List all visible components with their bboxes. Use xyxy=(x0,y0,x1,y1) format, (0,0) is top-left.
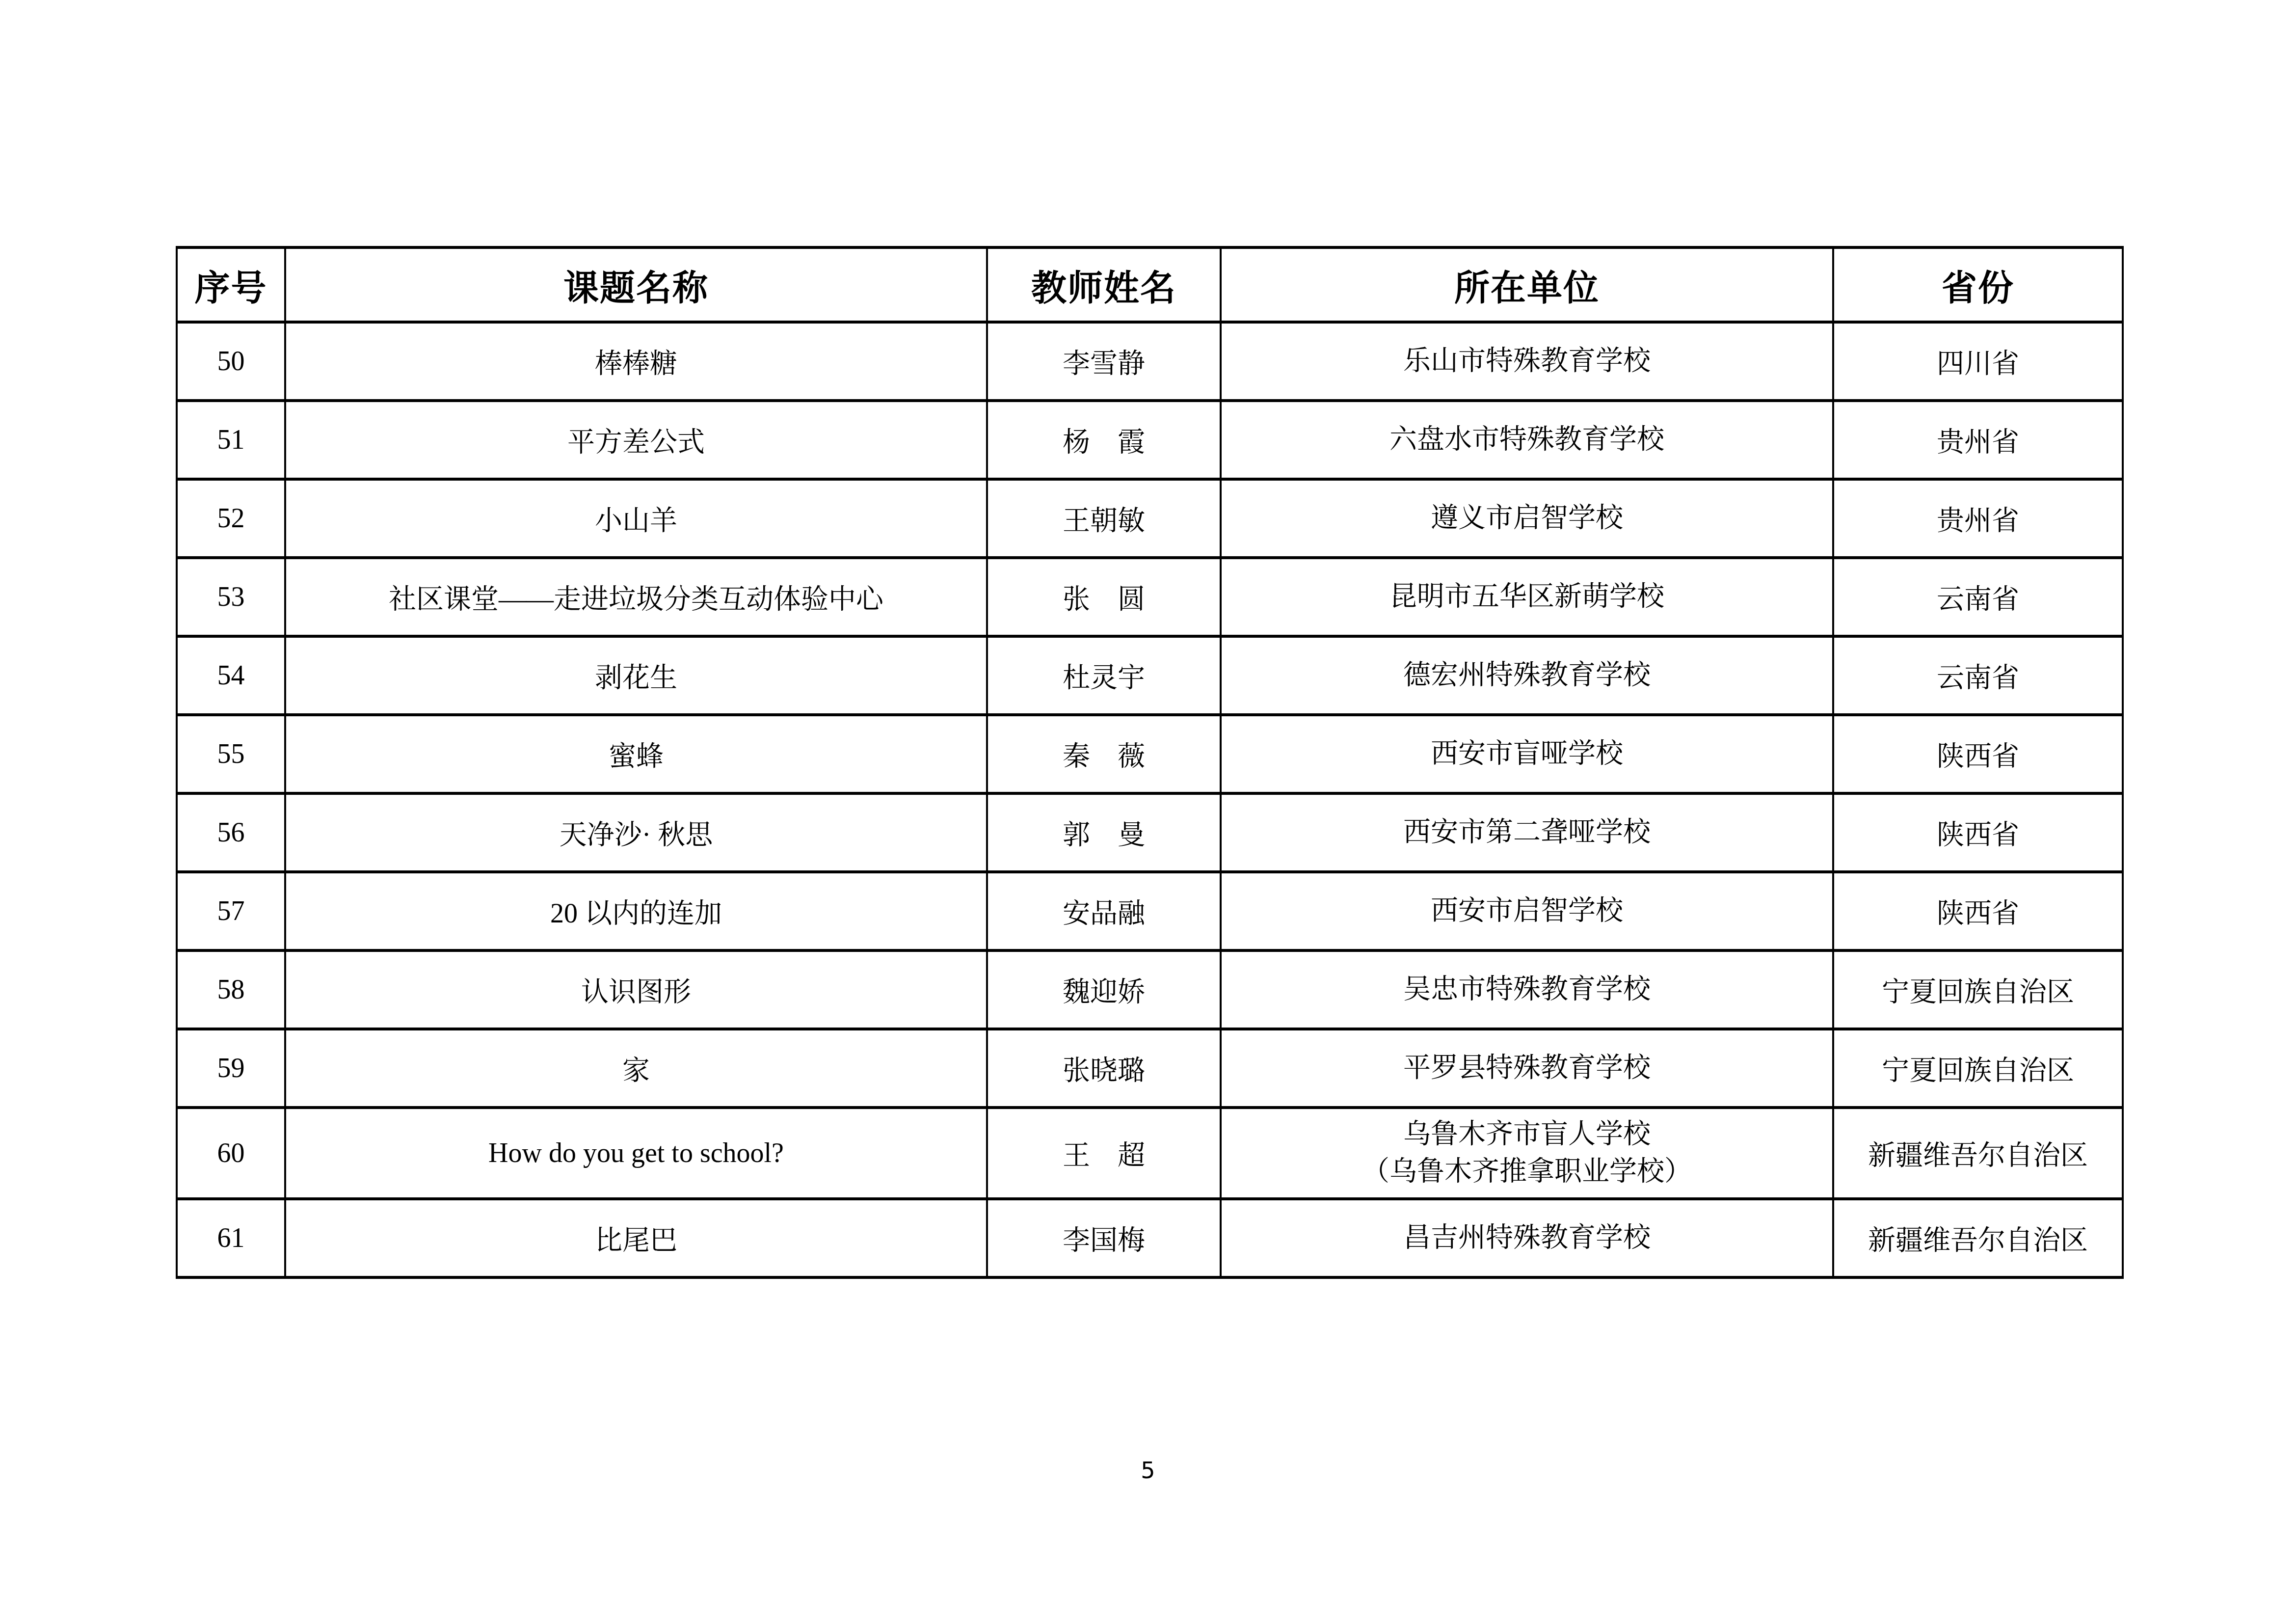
table-body: 50棒棒糖李雪静乐山市特殊教育学校四川省51平方差公式杨 霞六盘水市特殊教育学校… xyxy=(177,322,2123,1277)
cell-province: 四川省 xyxy=(1833,322,2123,401)
cell-teacher: 王朝敏 xyxy=(987,479,1221,558)
cell-no: 59 xyxy=(177,1029,285,1108)
table-row: 56天净沙· 秋思郭 曼西安市第二聋哑学校陕西省 xyxy=(177,793,2123,872)
unit-line: 遵义市启智学校 xyxy=(1226,500,1828,537)
cell-no: 52 xyxy=(177,479,285,558)
unit-line: 乐山市特殊教育学校 xyxy=(1226,343,1828,380)
table-row: 51平方差公式杨 霞六盘水市特殊教育学校贵州省 xyxy=(177,401,2123,479)
cell-teacher: 魏迎娇 xyxy=(987,950,1221,1029)
unit-line: 乌鲁木齐市盲人学校 xyxy=(1226,1116,1828,1153)
cell-no: 54 xyxy=(177,636,285,715)
cell-topic: 剥花生 xyxy=(285,636,987,715)
cell-unit: 乐山市特殊教育学校 xyxy=(1221,322,1833,401)
cell-province: 新疆维吾尔自治区 xyxy=(1833,1108,2123,1199)
cell-no: 58 xyxy=(177,950,285,1029)
cell-province: 云南省 xyxy=(1833,558,2123,636)
table-row: 52小山羊王朝敏遵义市启智学校贵州省 xyxy=(177,479,2123,558)
table-row: 58认识图形魏迎娇吴忠市特殊教育学校宁夏回族自治区 xyxy=(177,950,2123,1029)
cell-unit: 昆明市五华区新萌学校 xyxy=(1221,558,1833,636)
cell-unit: 遵义市启智学校 xyxy=(1221,479,1833,558)
cell-unit: 西安市第二聋哑学校 xyxy=(1221,793,1833,872)
header-unit: 所在单位 xyxy=(1221,247,1833,322)
document-page: { "page": { "number": "5" }, "table": { … xyxy=(0,0,2296,1624)
table-row: 55蜜蜂秦 薇西安市盲哑学校陕西省 xyxy=(177,715,2123,793)
table-row: 5720 以内的连加安品融西安市启智学校陕西省 xyxy=(177,872,2123,950)
unit-line: 西安市第二聋哑学校 xyxy=(1226,814,1828,851)
header-no: 序号 xyxy=(177,247,285,322)
cell-province: 云南省 xyxy=(1833,636,2123,715)
table-row: 60How do you get to school?王 超乌鲁木齐市盲人学校（… xyxy=(177,1108,2123,1199)
cell-topic: 认识图形 xyxy=(285,950,987,1029)
unit-line: 吴忠市特殊教育学校 xyxy=(1226,971,1828,1008)
header-province: 省份 xyxy=(1833,247,2123,322)
cell-teacher: 张 圆 xyxy=(987,558,1221,636)
unit-line: 平罗县特殊教育学校 xyxy=(1226,1050,1828,1087)
cell-province: 陕西省 xyxy=(1833,872,2123,950)
cell-topic: 社区课堂——走进垃圾分类互动体验中心 xyxy=(285,558,987,636)
cell-teacher: 张晓璐 xyxy=(987,1029,1221,1108)
cell-topic: 比尾巴 xyxy=(285,1199,987,1277)
cell-teacher: 安品融 xyxy=(987,872,1221,950)
cell-no: 50 xyxy=(177,322,285,401)
cell-unit: 乌鲁木齐市盲人学校（乌鲁木齐推拿职业学校） xyxy=(1221,1108,1833,1199)
cell-teacher: 杜灵宇 xyxy=(987,636,1221,715)
cell-topic: How do you get to school? xyxy=(285,1108,987,1199)
cell-province: 新疆维吾尔自治区 xyxy=(1833,1199,2123,1277)
cell-no: 61 xyxy=(177,1199,285,1277)
cell-topic: 棒棒糖 xyxy=(285,322,987,401)
cell-no: 60 xyxy=(177,1108,285,1199)
cell-province: 宁夏回族自治区 xyxy=(1833,1029,2123,1108)
cell-teacher: 郭 曼 xyxy=(987,793,1221,872)
unit-line: 昌吉州特殊教育学校 xyxy=(1226,1219,1828,1257)
cell-teacher: 王 超 xyxy=(987,1108,1221,1199)
cell-province: 贵州省 xyxy=(1833,479,2123,558)
unit-line: 西安市启智学校 xyxy=(1226,893,1828,930)
cell-topic: 蜜蜂 xyxy=(285,715,987,793)
cell-unit: 西安市盲哑学校 xyxy=(1221,715,1833,793)
cell-no: 56 xyxy=(177,793,285,872)
cell-unit: 六盘水市特殊教育学校 xyxy=(1221,401,1833,479)
table-row: 53社区课堂——走进垃圾分类互动体验中心张 圆昆明市五华区新萌学校云南省 xyxy=(177,558,2123,636)
cell-province: 陕西省 xyxy=(1833,715,2123,793)
cell-topic: 20 以内的连加 xyxy=(285,872,987,950)
award-list-table: 序号 课题名称 教师姓名 所在单位 省份 50棒棒糖李雪静乐山市特殊教育学校四川… xyxy=(176,246,2124,1279)
unit-line: 西安市盲哑学校 xyxy=(1226,735,1828,773)
cell-province: 宁夏回族自治区 xyxy=(1833,950,2123,1029)
header-topic: 课题名称 xyxy=(285,247,987,322)
cell-province: 贵州省 xyxy=(1833,401,2123,479)
page-number: 5 xyxy=(0,1457,2296,1484)
cell-topic: 家 xyxy=(285,1029,987,1108)
cell-no: 57 xyxy=(177,872,285,950)
cell-unit: 吴忠市特殊教育学校 xyxy=(1221,950,1833,1029)
table-header: 序号 课题名称 教师姓名 所在单位 省份 xyxy=(177,247,2123,322)
cell-unit: 昌吉州特殊教育学校 xyxy=(1221,1199,1833,1277)
cell-teacher: 李雪静 xyxy=(987,322,1221,401)
header-teacher: 教师姓名 xyxy=(987,247,1221,322)
cell-teacher: 杨 霞 xyxy=(987,401,1221,479)
cell-unit: 德宏州特殊教育学校 xyxy=(1221,636,1833,715)
cell-topic: 天净沙· 秋思 xyxy=(285,793,987,872)
unit-line: 六盘水市特殊教育学校 xyxy=(1226,421,1828,459)
cell-topic: 小山羊 xyxy=(285,479,987,558)
cell-teacher: 秦 薇 xyxy=(987,715,1221,793)
cell-teacher: 李国梅 xyxy=(987,1199,1221,1277)
cell-unit: 西安市启智学校 xyxy=(1221,872,1833,950)
table-row: 59家张晓璐平罗县特殊教育学校宁夏回族自治区 xyxy=(177,1029,2123,1108)
table-row: 61比尾巴李国梅昌吉州特殊教育学校新疆维吾尔自治区 xyxy=(177,1199,2123,1277)
cell-no: 51 xyxy=(177,401,285,479)
table-row: 54剥花生杜灵宇德宏州特殊教育学校云南省 xyxy=(177,636,2123,715)
cell-no: 55 xyxy=(177,715,285,793)
unit-line: 昆明市五华区新萌学校 xyxy=(1226,578,1828,616)
unit-line: （乌鲁木齐推拿职业学校） xyxy=(1226,1153,1828,1191)
header-row: 序号 课题名称 教师姓名 所在单位 省份 xyxy=(177,247,2123,322)
cell-unit: 平罗县特殊教育学校 xyxy=(1221,1029,1833,1108)
unit-line: 德宏州特殊教育学校 xyxy=(1226,657,1828,694)
cell-topic: 平方差公式 xyxy=(285,401,987,479)
cell-province: 陕西省 xyxy=(1833,793,2123,872)
table-row: 50棒棒糖李雪静乐山市特殊教育学校四川省 xyxy=(177,322,2123,401)
cell-no: 53 xyxy=(177,558,285,636)
